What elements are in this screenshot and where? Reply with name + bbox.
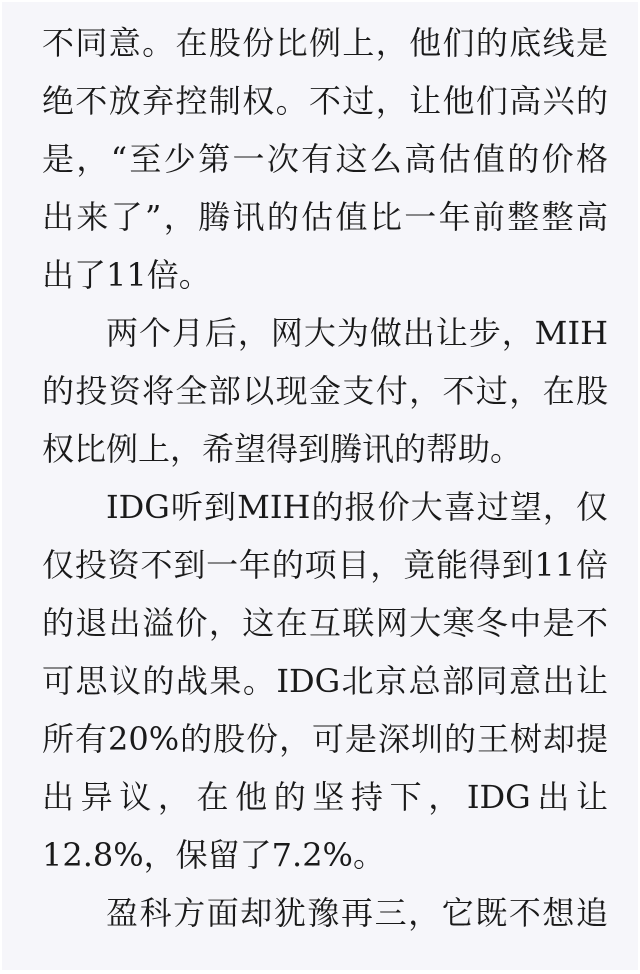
text-line: 的退出溢价，这在互联网大寒冬中是不 xyxy=(42,594,608,652)
document-body: 不同意。在股份比例上，他们的底线是 绝不放弃控制权。不过，让他们高兴的 是，“至… xyxy=(42,14,608,942)
text-line: 12.8%，保留了7.2%。 xyxy=(42,826,608,884)
text-line: 是，“至少第一次有这么高估值的价格 xyxy=(42,130,608,188)
text-line: 可思议的战果。IDG北京总部同意出让 xyxy=(42,652,608,710)
text-line: 出来了”，腾讯的估值比一年前整整高 xyxy=(42,188,608,246)
text-line: 绝不放弃控制权。不过，让他们高兴的 xyxy=(42,72,608,130)
text-line: IDG听到MIH的报价大喜过望，仅 xyxy=(42,478,608,536)
text-line: 权比例上，希望得到腾讯的帮助。 xyxy=(42,420,608,478)
text-line: 两个月后，网大为做出让步，MIH xyxy=(42,304,608,362)
text-line: 出异议，在他的坚持下，IDG出让 xyxy=(42,768,608,826)
text-line: 盈科方面却犹豫再三，它既不想追 xyxy=(42,884,608,942)
document-page: 不同意。在股份比例上，他们的底线是 绝不放弃控制权。不过，让他们高兴的 是，“至… xyxy=(2,2,638,970)
text-line: 仅投资不到一年的项目，竟能得到11倍 xyxy=(42,536,608,594)
text-line: 出了11倍。 xyxy=(42,246,608,304)
text-line: 不同意。在股份比例上，他们的底线是 xyxy=(42,14,608,72)
text-line: 所有20%的股份，可是深圳的王树却提 xyxy=(42,710,608,768)
text-line: 的投资将全部以现金支付，不过，在股 xyxy=(42,362,608,420)
